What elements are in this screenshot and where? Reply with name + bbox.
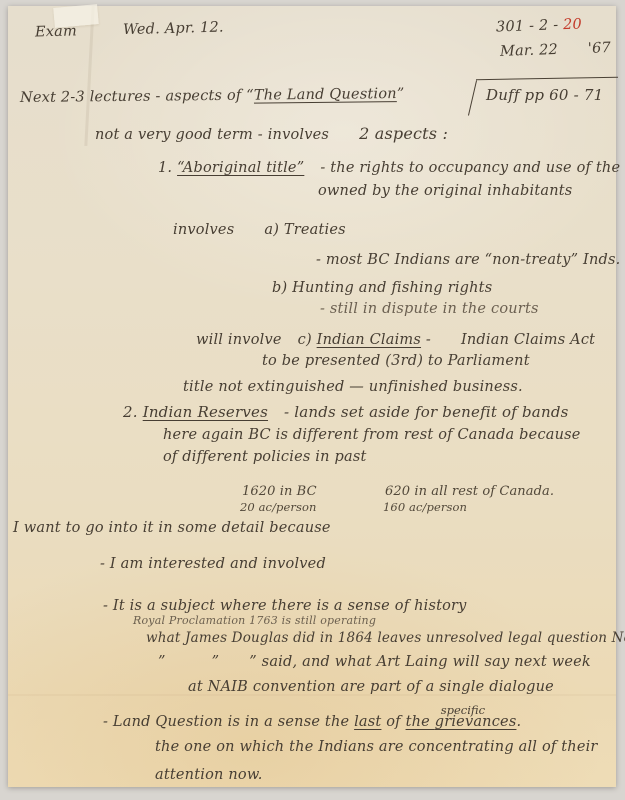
ditto-mark: ” bbox=[212, 654, 220, 670]
claims-act-note: to be presented (3rd) to Parliament bbox=[262, 353, 530, 369]
reserves-line2: here again BC is different from rest of … bbox=[163, 427, 581, 443]
detail-intro: I want to go into it in some detail beca… bbox=[13, 520, 331, 536]
sub-c-claims: will involvec) Indian Claims -Indian Cla… bbox=[196, 332, 595, 348]
item-1-aboriginal-title: 1. “Aboriginal title”- the rights to occ… bbox=[158, 160, 625, 176]
ditto-mark: ” bbox=[158, 654, 166, 670]
lecture-topic: Next 2-3 lectures - aspects of “The Land… bbox=[20, 86, 405, 106]
exam-date: Wed. Apr. 12. bbox=[123, 20, 224, 39]
year-value: '67 bbox=[588, 40, 612, 57]
item-2-indian-reserves: 2. Indian Reserves- lands set aside for … bbox=[123, 403, 569, 421]
will-involve-label: will involve bbox=[196, 332, 282, 348]
involves-label: involves bbox=[173, 222, 234, 238]
item-2-title: Indian Reserves bbox=[143, 403, 268, 421]
title-not-extinguished: title not extinguished — unfinished busi… bbox=[183, 379, 523, 395]
naib-convention-note: at NAIB convention are part of a single … bbox=[188, 679, 554, 695]
file-number-red: 20 bbox=[563, 17, 582, 34]
scanned-page-background: { "colors": { "ink": "#473e33", "red_ink… bbox=[0, 0, 625, 800]
term-note-text: not a very good term - involves bbox=[95, 127, 329, 143]
item-2-definition: - lands set aside for benefit of bands bbox=[284, 403, 569, 421]
sub-a-treaties: a) Treaties bbox=[264, 222, 345, 238]
lecture-topic-post: ” bbox=[397, 86, 405, 102]
sub-b-note: - still in dispute in the courts bbox=[320, 301, 539, 317]
summary-last: last bbox=[354, 714, 381, 730]
spacer bbox=[558, 53, 588, 54]
canada-acreage: 160 ac/person bbox=[383, 500, 467, 514]
reason-history: - It is a subject where there is a sense… bbox=[103, 598, 467, 614]
exam-label: Exam bbox=[35, 23, 77, 40]
item-2-number: 2. bbox=[123, 403, 138, 421]
term-note-aspects: 2 aspects : bbox=[359, 124, 448, 143]
exam-note: ExamWed. Apr. 12. bbox=[35, 20, 224, 41]
claims-act: Indian Claims Act bbox=[461, 332, 595, 348]
lecture-topic-pre: Next 2-3 lectures - aspects of “ bbox=[20, 88, 254, 106]
reason-interested: - I am interested and involved bbox=[100, 556, 326, 572]
treaty-note: - most BC Indians are “non-treaty” Inds. bbox=[316, 252, 620, 268]
attention-note: attention now. bbox=[155, 767, 263, 783]
item-1-title: “Aboriginal title” bbox=[177, 160, 304, 176]
summary-of: of bbox=[381, 714, 405, 730]
canada-reserve-count: 620 in all rest of Canada. bbox=[385, 484, 554, 499]
summary-pre: - Land Question is in a sense the bbox=[103, 714, 354, 730]
notebook-page: ExamWed. Apr. 12. 301 - 2 - 20 Mar. 22'6… bbox=[8, 6, 616, 787]
royal-proclamation-note: Royal Proclamation 1763 is still operati… bbox=[133, 614, 376, 627]
reserves-line3: of different policies in past bbox=[163, 449, 366, 465]
term-note: not a very good term - involves2 aspects… bbox=[95, 124, 448, 143]
bc-acreage: 20 ac/person bbox=[240, 500, 317, 514]
art-laing-note: ” said, and what Art Laing will say next… bbox=[249, 654, 591, 670]
dash: - bbox=[426, 332, 431, 348]
date-value: Mar. 22 bbox=[500, 42, 558, 60]
james-douglas-note: what James Douglas did in 1864 leaves un… bbox=[146, 630, 625, 646]
bc-reserve-count: 1620 in BC bbox=[242, 484, 317, 499]
date-line: Mar. 22'67 bbox=[500, 40, 611, 60]
reading-ref-bracket-left bbox=[468, 80, 477, 115]
land-question-summary: - Land Question is in a sense the last o… bbox=[103, 714, 521, 730]
involves-a: involvesa) Treaties bbox=[173, 222, 346, 238]
reading-ref-bracket-top bbox=[476, 77, 618, 80]
summary-the: the bbox=[406, 714, 435, 730]
specific-grievances: specificgrievances bbox=[435, 714, 517, 730]
sub-c-title: Indian Claims bbox=[317, 332, 421, 348]
sub-b-hunting: b) Hunting and fishing rights bbox=[272, 280, 492, 296]
file-number: 301 - 2 - 20 bbox=[496, 17, 583, 36]
concentrating-note: the one on which the Indians are concent… bbox=[155, 739, 598, 755]
sub-c-prefix: c) bbox=[298, 332, 317, 348]
reading-ref: Duff pp 60 - 71 bbox=[486, 86, 603, 104]
spacer bbox=[77, 34, 123, 35]
summary-period: . bbox=[516, 714, 521, 730]
item-1-definition: - the rights to occupancy and use of the… bbox=[320, 160, 625, 176]
item-1-number: 1. bbox=[158, 160, 172, 176]
ditto-line: ””” said, and what Art Laing will say ne… bbox=[158, 654, 591, 670]
file-number-prefix: 301 - 2 - bbox=[496, 17, 564, 35]
specific-superscript: specific bbox=[441, 703, 485, 717]
lecture-topic-title: The Land Question bbox=[254, 86, 397, 103]
item-1-definition-cont: owned by the original inhabitants bbox=[318, 183, 572, 199]
